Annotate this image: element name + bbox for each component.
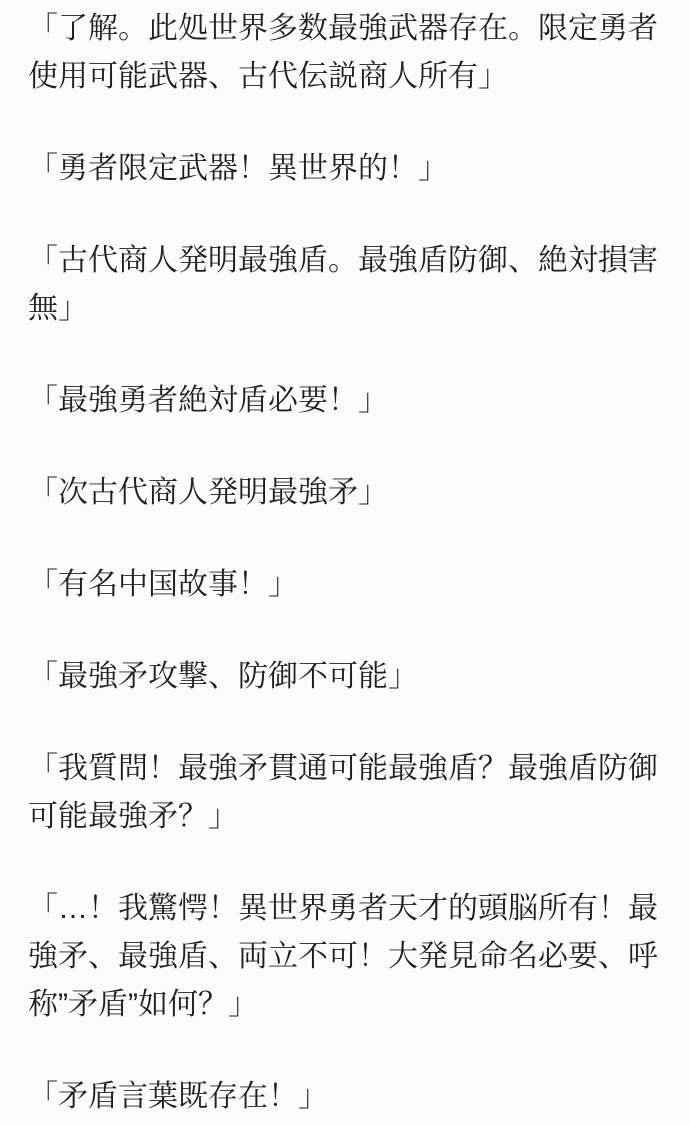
- dialogue-paragraph: 「矛盾言葉既存在！」: [28, 1073, 664, 1121]
- dialogue-paragraph: 「最強勇者絶対盾必要！」: [28, 377, 664, 425]
- dialogue-paragraph: 「了解。此処世界多数最強武器存在。限定勇者使用可能武器、古代伝説商人所有」: [28, 5, 664, 101]
- dialogue-paragraph: 「最強矛攻撃、防御不可能」: [28, 653, 664, 701]
- dialogue-paragraph: 「古代商人発明最強盾。最強盾防御、絶対損害無」: [28, 237, 664, 333]
- dialogue-text-page: 「了解。此処世界多数最強武器存在。限定勇者使用可能武器、古代伝説商人所有」 「勇…: [0, 0, 690, 1125]
- dialogue-paragraph: 「有名中国故事！」: [28, 561, 664, 609]
- dialogue-paragraph: 「次古代商人発明最強矛」: [28, 469, 664, 517]
- dialogue-paragraph: 「我質問！最強矛貫通可能最強盾？最強盾防御可能最強矛？」: [28, 745, 664, 841]
- dialogue-paragraph: 「勇者限定武器！異世界的！」: [28, 145, 664, 193]
- dialogue-paragraph: 「…！我驚愕！異世界勇者天才的頭脳所有！最強矛、最強盾、両立不可！大発見命名必要…: [28, 885, 664, 1029]
